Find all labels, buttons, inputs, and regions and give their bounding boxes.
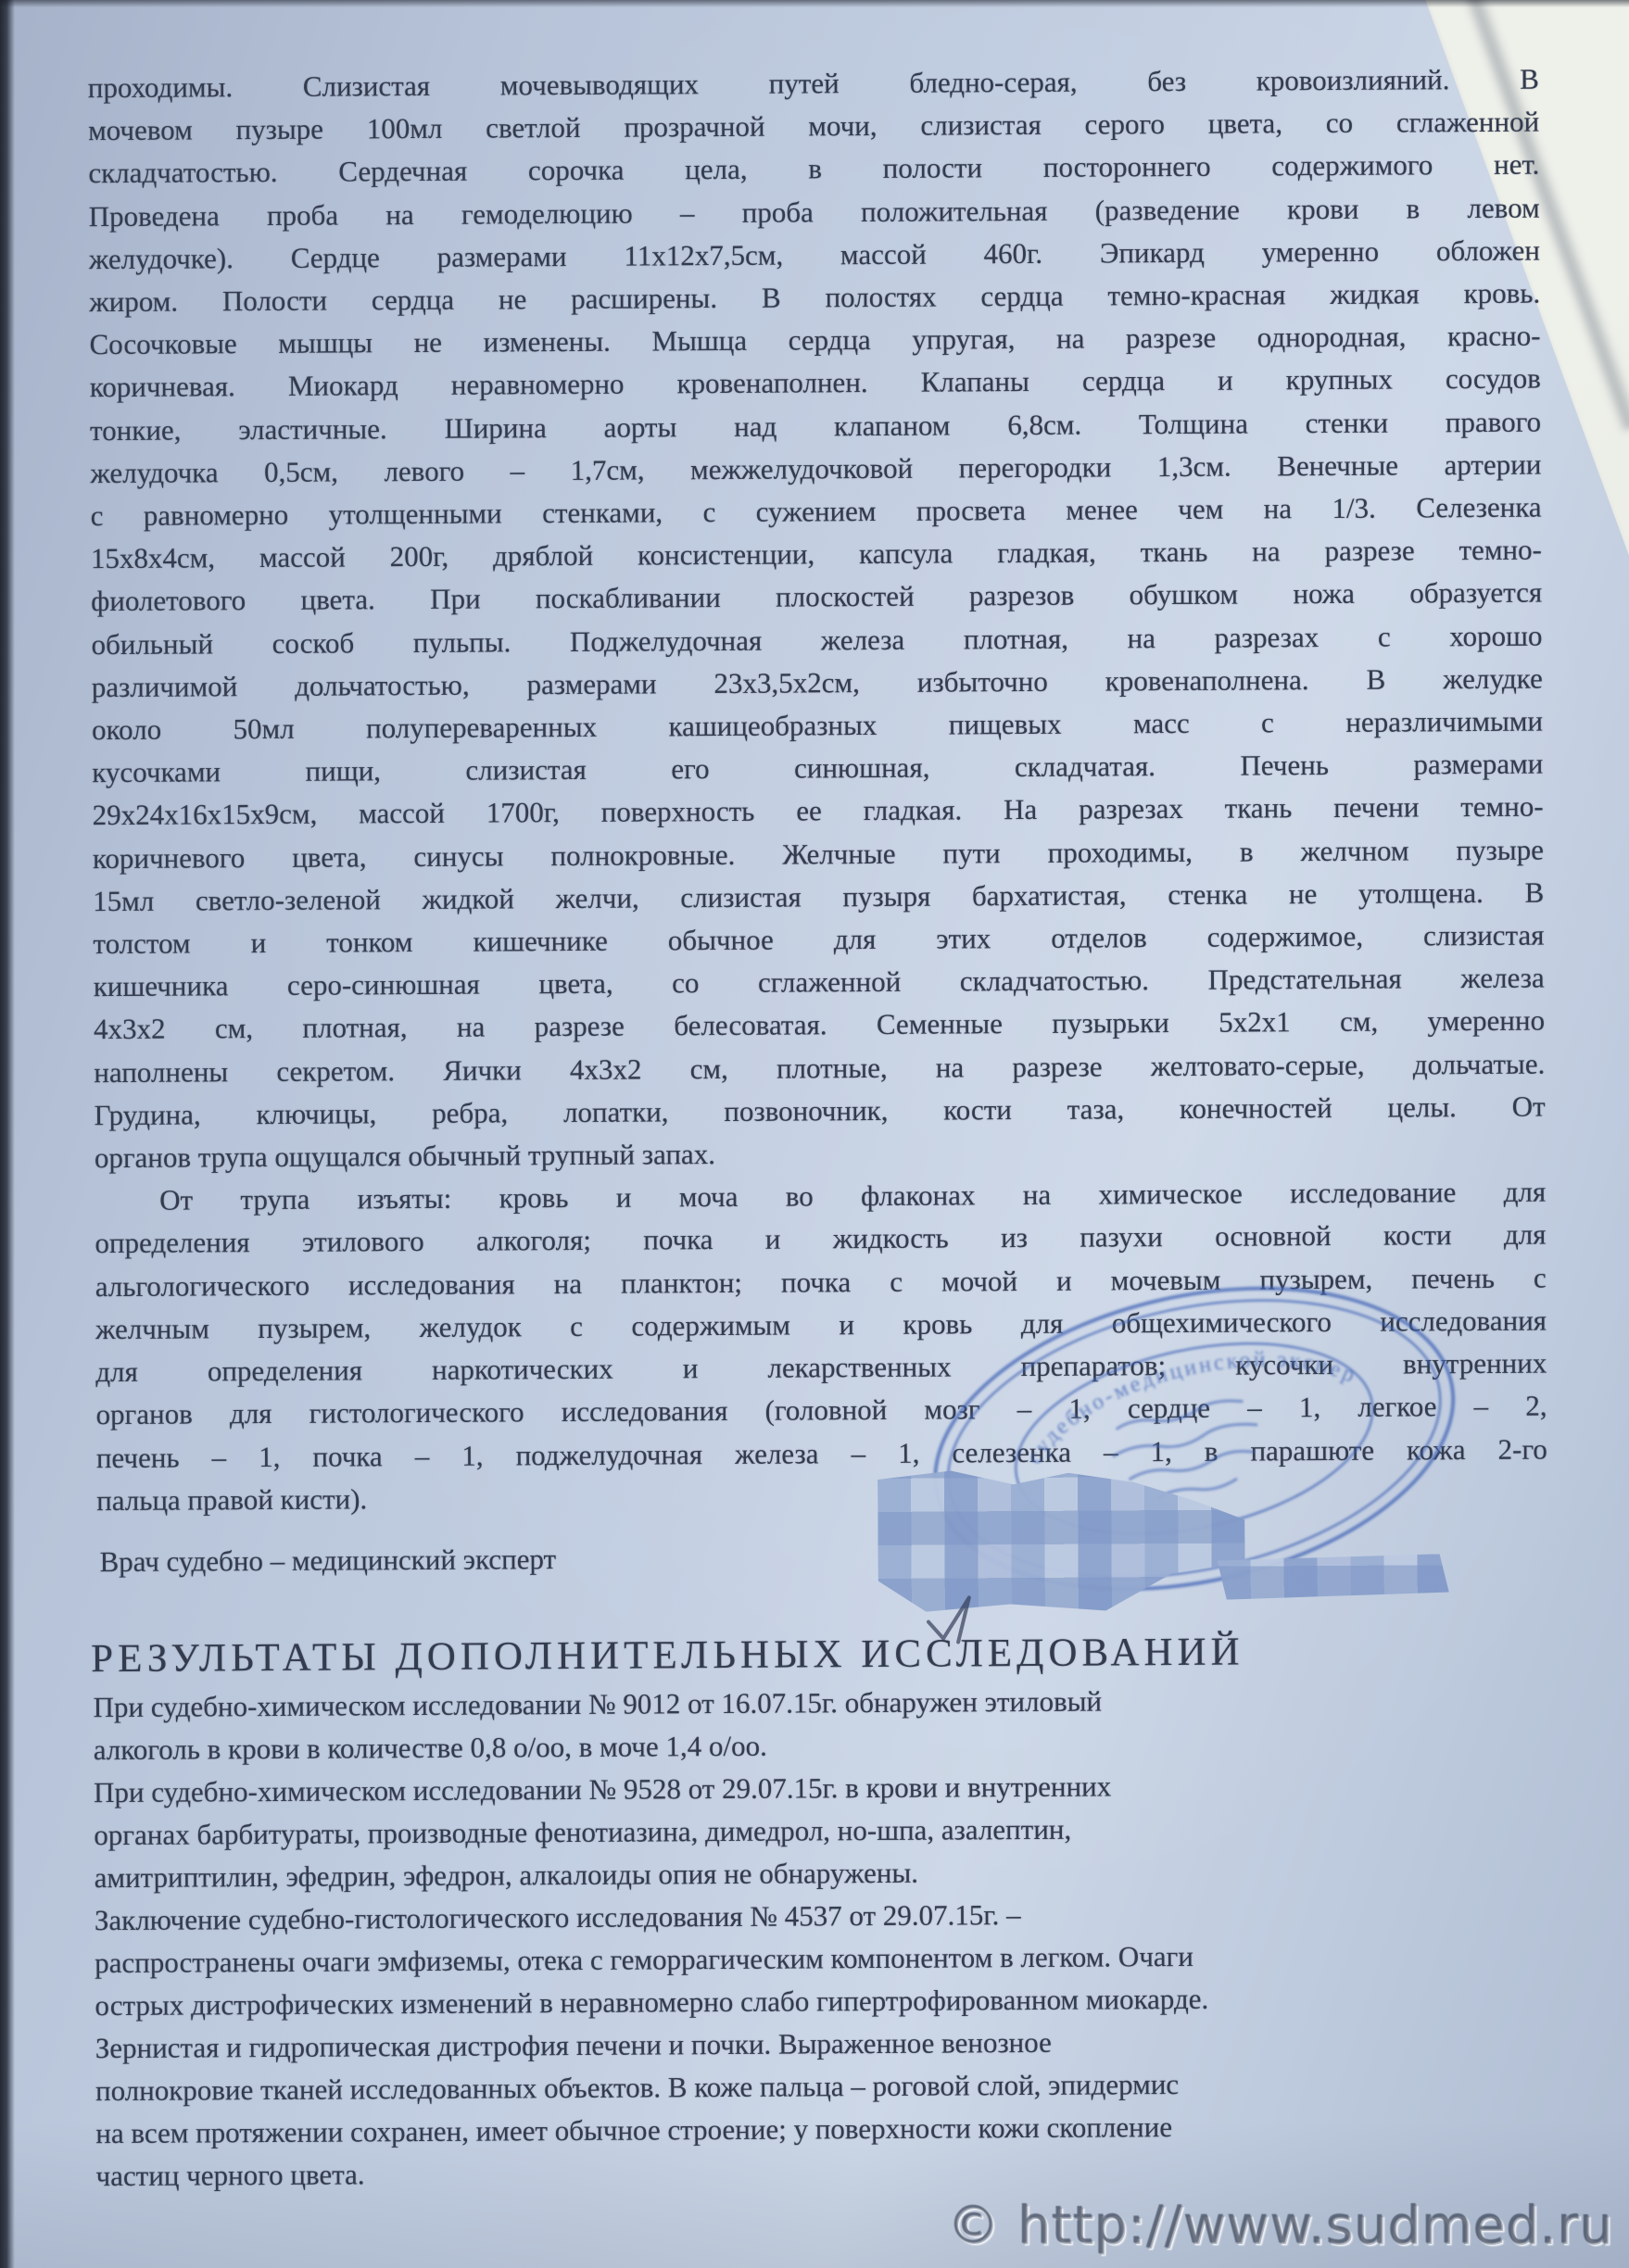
results-heading: РЕЗУЛЬТАТЫ ДОПОЛНИТЕЛЬНЫХ ИССЛЕДОВАНИЙ <box>91 1628 1481 1682</box>
photo-left-edge <box>0 0 15 2268</box>
redaction-mosaic-name <box>1218 1554 1449 1600</box>
sudmed-watermark: © http://www.sudmed.ru <box>949 2197 1615 2257</box>
body-line: Грудина, ключицы, ребра, лопатки, позвон… <box>94 1085 1545 1137</box>
photo-top-edge <box>0 0 1629 7</box>
document-content: проходимы. Слизистая мочевыводящих путей… <box>0 0 1629 2268</box>
handwritten-checkmark <box>921 1590 986 1649</box>
expert-signature-line: Врач судебно – медицинский эксперт <box>99 1541 933 1579</box>
scanned-forensic-report-photo: проходимы. Слизистая мочевыводящих путей… <box>0 0 1629 2268</box>
